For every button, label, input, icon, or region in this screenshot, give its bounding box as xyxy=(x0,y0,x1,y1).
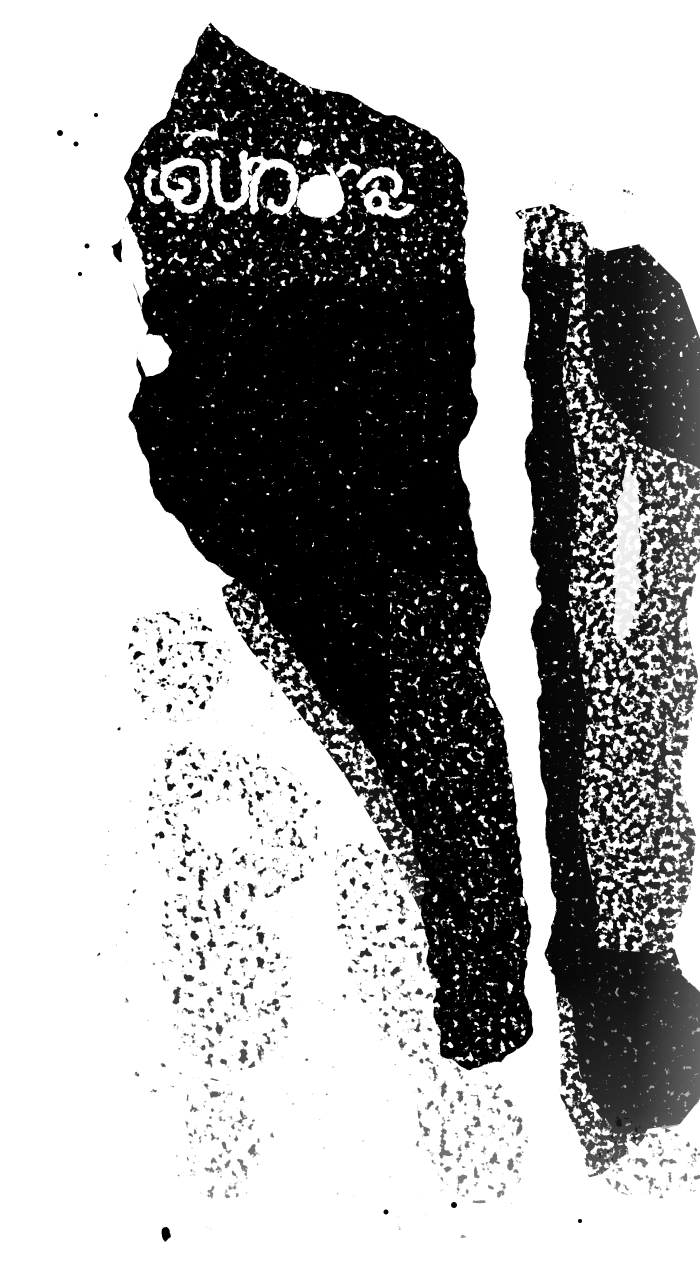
right-rock-stray-marks-top xyxy=(540,164,650,212)
fleck-upper-left-2 xyxy=(74,142,79,147)
scree-ring-white-center xyxy=(197,800,253,852)
glyph-2-detached-dot xyxy=(298,141,313,156)
rock-inscription-photo: High-contrast halftone reproduction of a… xyxy=(40,16,700,1248)
fleck-bottom-3 xyxy=(578,1219,582,1223)
fleck-left-1 xyxy=(85,244,90,249)
fleck-bottom-2 xyxy=(451,1202,457,1208)
halftone-photograph xyxy=(40,16,700,1248)
fleck-left-2 xyxy=(78,272,82,276)
fleck-upper-left-1 xyxy=(57,130,63,136)
fleck-bottom-1 xyxy=(384,1210,389,1215)
fleck-upper-left-3 xyxy=(94,113,98,117)
